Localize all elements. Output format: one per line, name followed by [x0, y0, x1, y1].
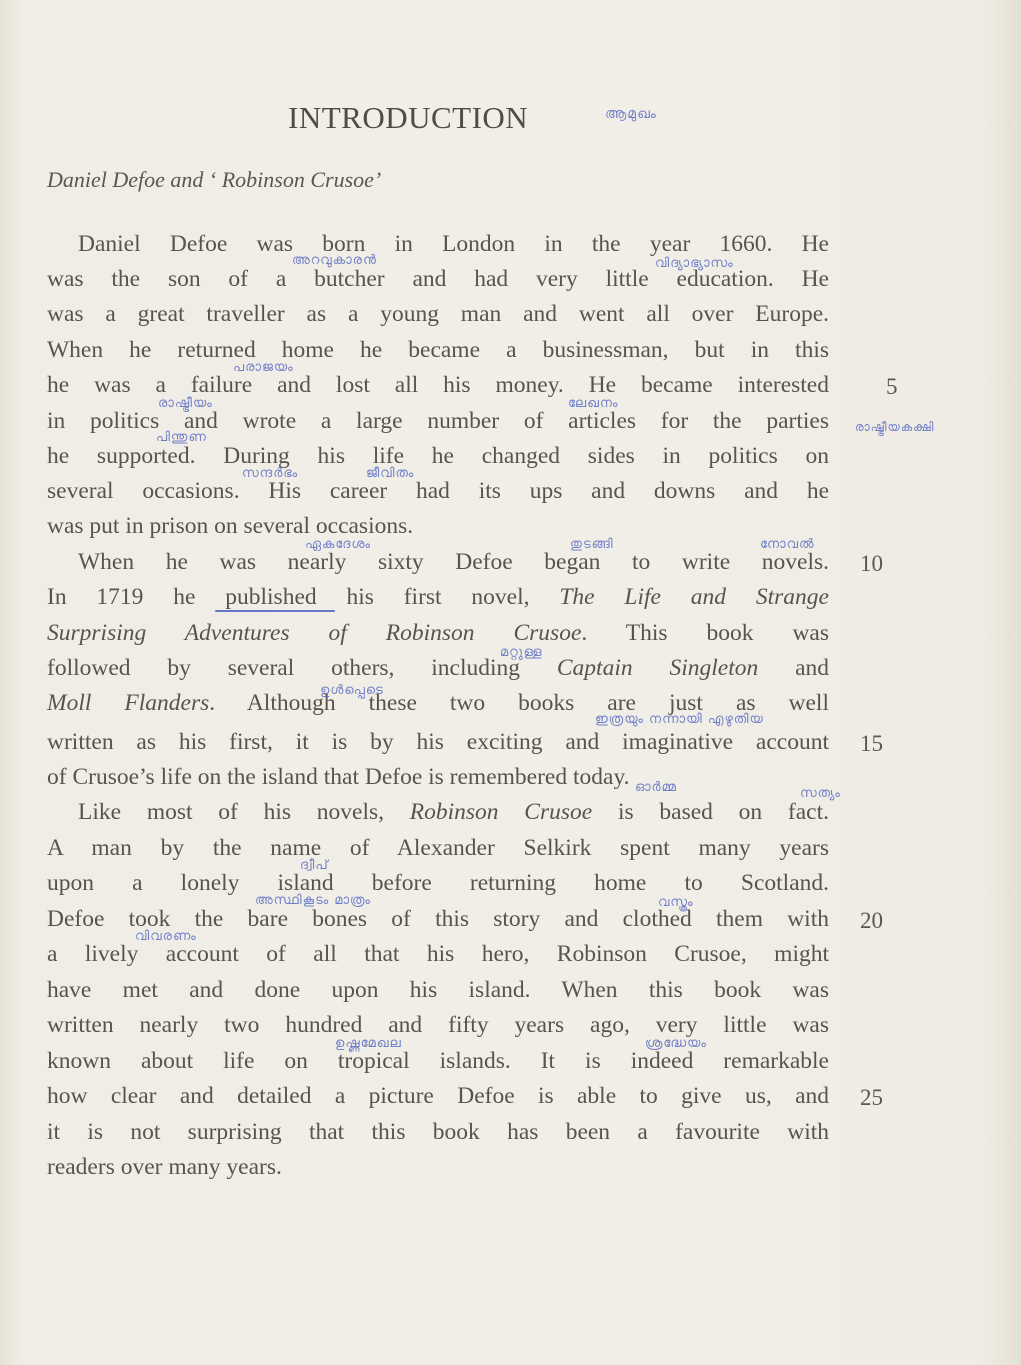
handwritten-annotation: ഇത്രയും നന്നായി എഴുതിയ — [595, 712, 764, 727]
page-title: INTRODUCTION — [288, 100, 528, 136]
text-line-11: In 1719 he published his first novel, Th… — [47, 582, 829, 612]
line-number-20: 20 — [860, 906, 883, 936]
pen-underline — [215, 610, 335, 612]
handwritten-annotation: അസ്ഥികൂടം മാത്രം — [255, 893, 371, 908]
text-line-16: of Crusoe’s life on the island that Defo… — [47, 762, 829, 792]
text-line-12: Surprising Adventures of Robinson Crusoe… — [47, 618, 829, 648]
text-line-4: When he returned home he became a busine… — [47, 335, 829, 365]
handwritten-annotation: ഉൾപ്പെടെ — [320, 683, 384, 698]
text-line-18: A man by the name of Alexander Selkirk s… — [47, 833, 829, 863]
handwritten-annotation: ജീവിതം — [366, 466, 414, 481]
handwritten-annotation: രാഷ്ട്രീയം — [158, 396, 213, 411]
handwritten-annotation: വസ്ത്രം — [658, 895, 694, 910]
scanned-book-page: INTRODUCTION ആമുഖം Daniel Defoe and ‘ Ro… — [0, 0, 1021, 1365]
text-line-25: how clear and detailed a picture Defoe i… — [47, 1081, 829, 1111]
handwritten-annotation: അറവുകാരൻ — [292, 253, 377, 268]
handwritten-annotation: വിദ്യാഭ്യാസം — [655, 256, 734, 271]
book-title: The Life and Strange — [559, 584, 829, 610]
handwritten-annotation: പിന്തുണ — [156, 430, 207, 445]
text-line-24: known about life on tropical islands. It… — [47, 1046, 829, 1076]
handwritten-annotation: നോവൽ — [760, 537, 815, 552]
text-line-22: have met and done upon his island. When … — [47, 975, 829, 1005]
handwritten-annotation: വിവരണം — [135, 929, 197, 944]
text-line-7: he supported. During his life he changed… — [47, 441, 829, 471]
book-title: Robinson Crusoe — [410, 799, 592, 825]
handwritten-annotation: ഉഷ്ണമേഖല — [335, 1036, 402, 1051]
text-line-8: several occasions. His career had its up… — [47, 476, 829, 506]
handwritten-annotation: സന്ദർഭം — [242, 466, 298, 481]
section-heading: Daniel Defoe and ‘ Robinson Crusoe’ — [47, 167, 381, 193]
text-line-1: Daniel Defoe was born in London in the y… — [47, 229, 829, 259]
text-line-17: Like most of his novels, Robinson Crusoe… — [47, 797, 829, 827]
handwritten-annotation-margin: രാഷ്ട്രീയകക്ഷി — [855, 420, 934, 435]
handwritten-annotation: ശ്രദ്ധേയം — [645, 1036, 707, 1051]
line-number-25: 25 — [860, 1083, 883, 1113]
text-line-19: upon a lonely island before returning ho… — [47, 868, 829, 898]
text-line-13: followed by several others, including Ca… — [47, 653, 829, 683]
book-title: Moll Flanders — [47, 690, 209, 716]
handwritten-annotation: മറ്റുള്ള — [500, 645, 543, 660]
handwritten-annotation-title: ആമുഖം — [605, 106, 657, 122]
text-line-9: was put in prison on several occasions. — [47, 511, 829, 541]
line-number-10: 10 — [860, 549, 883, 579]
handwritten-annotation: ലേഖനം — [568, 396, 618, 411]
book-title: Captain Singleton — [557, 655, 758, 681]
text-line-26: it is not surprising that this book has … — [47, 1117, 829, 1147]
book-title: Surprising Adventures of Robinson Crusoe — [47, 620, 581, 646]
text-line-3: was a great traveller as a young man and… — [47, 299, 829, 329]
text-line-10: When he was nearly sixty Defoe began to … — [47, 547, 829, 577]
handwritten-annotation: ഓർമ്മ — [635, 780, 677, 795]
handwritten-annotation: ഏകദേശം — [305, 537, 371, 552]
line-number-5: 5 — [886, 372, 898, 402]
text-line-27: readers over many years. — [47, 1152, 829, 1182]
handwritten-annotation: സത്യം — [800, 786, 841, 801]
text-line-23: written nearly two hundred and fifty yea… — [47, 1010, 829, 1040]
handwritten-annotation: ദ്വീപ് — [300, 858, 329, 873]
text-line-15: written as his first, it is by his excit… — [47, 727, 829, 757]
handwritten-annotation: തുടങ്ങി — [570, 537, 614, 552]
line-number-15: 15 — [860, 729, 883, 759]
handwritten-annotation: പരാജയം — [233, 360, 294, 375]
